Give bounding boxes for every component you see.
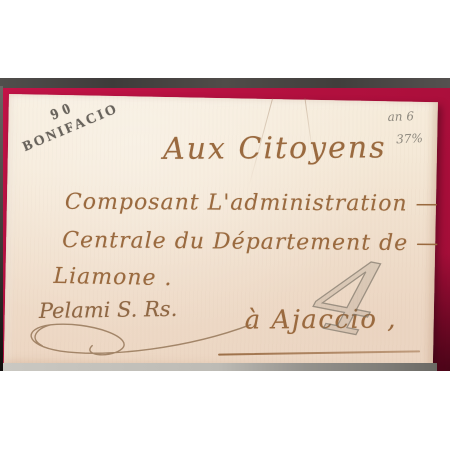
letter-paper: 90 BONIFACIO an 6 37% Aux Citoyens Compo… [4, 94, 438, 371]
address-line-1: Aux Citoyens [163, 130, 387, 167]
photo-top-shadow [0, 78, 450, 88]
pencil-note-reference: 37% [396, 131, 423, 146]
postmark-bonifacio: 90 BONIFACIO [13, 84, 121, 156]
signature-flourish-icon [20, 314, 256, 367]
postal-rate-mark: 4 [303, 244, 395, 352]
address-line-2: Composant L'administration — [65, 190, 439, 217]
pencil-note-year: an 6 [387, 109, 414, 124]
address-line-4: Liamone . [53, 264, 173, 291]
letter-photo: 90 BONIFACIO an 6 37% Aux Citoyens Compo… [0, 78, 450, 371]
photo-bottom-shadow [0, 363, 437, 371]
photo-left-edge-shadow [0, 86, 3, 371]
